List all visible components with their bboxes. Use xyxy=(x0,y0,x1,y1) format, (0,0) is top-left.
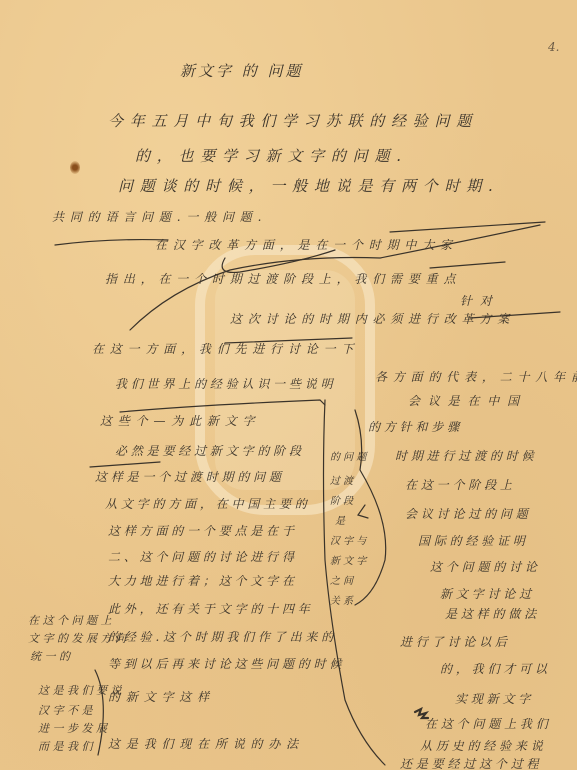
insert-bracket xyxy=(355,410,386,605)
strike-line xyxy=(390,222,545,232)
manuscript-page: 4. 新文字 的 问题 今 年 五 月 中 旬 我 们 学 习 苏 联 的 经 … xyxy=(0,0,577,770)
heading-underline xyxy=(55,240,168,245)
strike-line xyxy=(470,312,560,318)
strike-line xyxy=(430,262,505,268)
insertion-arrow-curve xyxy=(130,225,540,330)
margin-bracket xyxy=(95,670,103,755)
strike-line xyxy=(90,462,160,467)
strike-line xyxy=(225,338,352,343)
pen-strokes xyxy=(0,0,577,770)
